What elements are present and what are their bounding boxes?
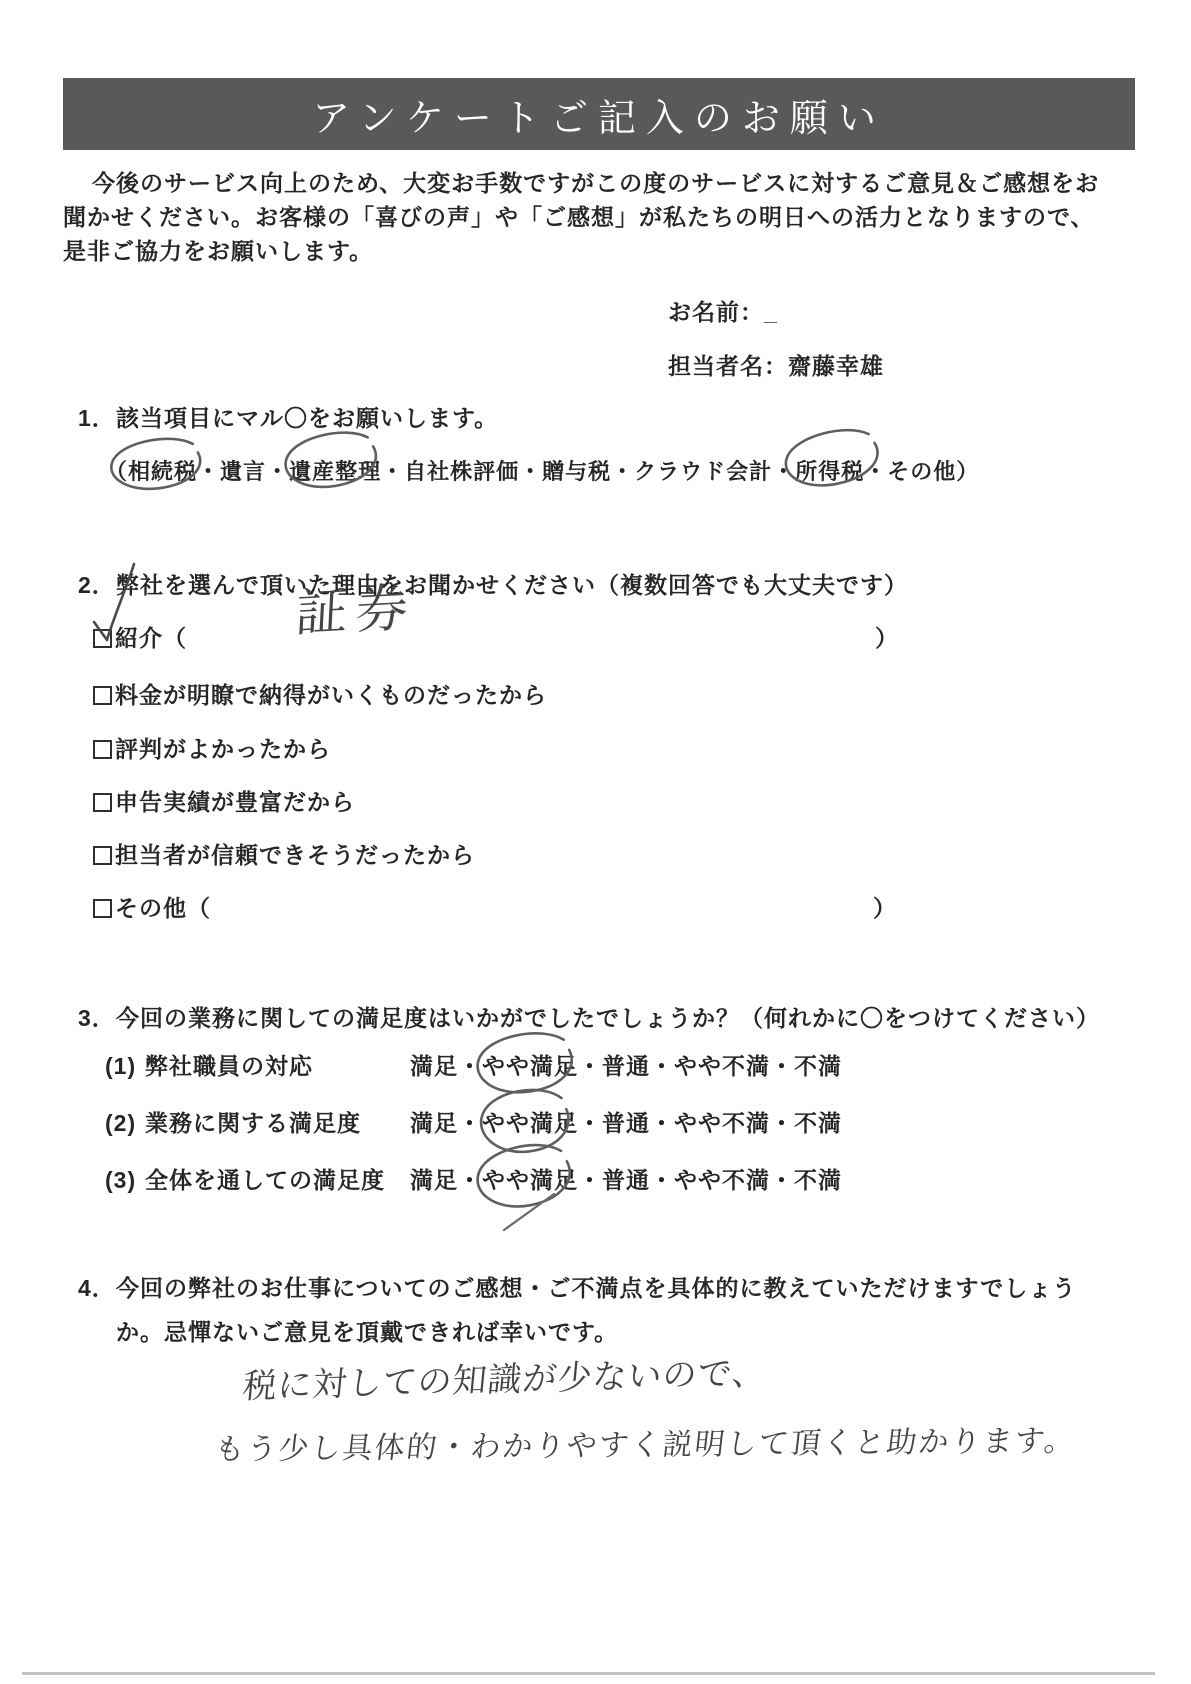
separator-dot: ・ (578, 1053, 602, 1079)
intro-paragraph: 今後のサービス向上のため、大変お手数ですがこの度のサービスに対するご意見＆ご感想… (63, 166, 1141, 268)
name-label: お名前： (668, 299, 764, 325)
checkbox-empty (93, 793, 112, 812)
q1-option-cloud-kaikei: クラウド会計 (634, 459, 772, 484)
separator-dot: ・ (770, 1167, 794, 1193)
checkbox-empty (93, 899, 112, 918)
separator-dot: ・ (381, 459, 404, 484)
q2-item-label: 担当者が信頼できそうだったから (115, 842, 475, 868)
q1-option-jishakabu: 自社株評価 (404, 459, 519, 484)
scale-fuman: 不満 (794, 1167, 842, 1193)
separator-dot: ・ (266, 459, 289, 484)
page-title: アンケートご記入のお願い (312, 87, 886, 142)
q2-heading-text: 弊社を選んで頂いた理由をお聞かせください（複数回答でも大丈夫です） (116, 572, 908, 598)
q2-item-label: 紹介 (115, 625, 163, 651)
separator-dot: ・ (611, 459, 634, 484)
row-number: (1) (105, 1053, 145, 1080)
q2-item-label: その他 (115, 895, 187, 921)
scale-fuman: 不満 (794, 1110, 842, 1136)
q3-row-service-satisfaction: (2)業務に関する満足度満足・やや満足・普通・やや不満・不満 (105, 1105, 842, 1138)
q4-heading-text: 今回の弊社のお仕事についてのご感想・ご不満点を具体的に教えていただけますでしょう (116, 1275, 1076, 1301)
separator-dot: ・ (770, 1053, 794, 1079)
separator-dot: ・ (864, 459, 887, 484)
q2-item-hyouban: 評判がよかったから (93, 731, 331, 764)
row-number: (2) (105, 1110, 145, 1137)
q3-row-staff-response: (1)弊社職員の対応満足・やや満足・普通・やや不満・不満 (105, 1048, 842, 1081)
q2-item-tantousha: 担当者が信頼できそうだったから (93, 837, 475, 870)
q2-item-shoukai: 紹介（） (93, 620, 899, 653)
separator-dot: ・ (578, 1167, 602, 1193)
row-label: 弊社職員の対応 (145, 1048, 410, 1081)
checkbox-empty (93, 686, 112, 705)
scale-manzoku: 満足 (410, 1053, 458, 1079)
scale-futsuu: 普通 (602, 1110, 650, 1136)
q2-item-ryoukin: 料金が明瞭で納得がいくものだったから (93, 677, 547, 710)
separator-dot: ・ (519, 459, 542, 484)
separator-dot: ・ (197, 459, 220, 484)
separator-dot: ・ (772, 459, 795, 484)
separator-dot: ・ (578, 1110, 602, 1136)
paren-close: ） (956, 459, 979, 484)
staff-label: 担当者名： (668, 353, 788, 379)
scale-manzoku: 満足 (410, 1167, 458, 1193)
q3-heading-text: 今回の業務に関しての満足度はいかがでしたでしょうか？（何れかに〇をつけてください… (116, 1005, 1100, 1031)
q4-heading-line2: か。忌憚ないご意見を頂戴できれば幸いです。 (116, 1314, 618, 1347)
q2-item-sonota: その他（） (93, 890, 897, 923)
paren-open: （ (105, 459, 128, 484)
q1-number: 1． (78, 400, 116, 433)
row-label: 全体を通しての満足度 (145, 1162, 410, 1195)
staff-name: 齋藤幸雄 (788, 353, 884, 379)
separator-dot: ・ (458, 1110, 482, 1136)
checkbox-empty (93, 846, 112, 865)
paren-close: ） (875, 625, 899, 651)
q1-option-shotokuzei: 所得税 (795, 459, 864, 484)
title-banner: アンケートご記入のお願い (63, 78, 1135, 150)
q1-options-line: （相続税・遺言・遺産整理・自社株評価・贈与税・クラウド会計・所得税・その他） (105, 455, 979, 486)
separator-dot: ・ (650, 1053, 674, 1079)
q2-item-shinkoku: 申告実績が豊富だから (93, 784, 355, 817)
checkbox-empty (93, 740, 112, 759)
separator-dot: ・ (770, 1110, 794, 1136)
scale-yaya-manzoku: やや満足 (482, 1167, 578, 1193)
q1-option-zouyozei: 贈与税 (542, 459, 611, 484)
q1-option-isanseiri: 遺産整理 (289, 459, 381, 484)
intro-line: 今後のサービス向上のため、大変お手数ですがこの度のサービスに対するご意見＆ご感想… (63, 166, 1141, 200)
separator-dot: ・ (458, 1053, 482, 1079)
q1-heading: 1．該当項目にマル〇をお願いします。 (78, 400, 498, 433)
handwritten-comment-line1: 税に対しての知識が少ないので、 (241, 1345, 770, 1408)
scale-futsuu: 普通 (602, 1053, 650, 1079)
separator-dot: ・ (650, 1167, 674, 1193)
scale-manzoku: 満足 (410, 1110, 458, 1136)
scale-yaya-manzoku: やや満足 (482, 1053, 578, 1079)
survey-document: アンケートご記入のお願い 今後のサービス向上のため、大変お手数ですがこの度のサー… (0, 0, 1191, 1684)
q2-item-label: 申告実績が豊富だから (115, 789, 355, 815)
separator-dot: ・ (458, 1167, 482, 1193)
intro-line: 是非ご協力をお願いします。 (63, 234, 1141, 268)
handwritten-referral-answer: 証券 (294, 565, 418, 647)
intro-line: 聞かせください。お客様の「喜びの声」や「ご感想」が私たちの明日への活力となります… (63, 200, 1141, 234)
scale-yaya-fuman: やや不満 (674, 1167, 770, 1193)
q3-number: 3． (78, 1000, 116, 1033)
scale-yaya-fuman: やや不満 (674, 1053, 770, 1079)
row-label: 業務に関する満足度 (145, 1105, 410, 1138)
name-handwritten-mark: _ (764, 299, 778, 325)
pen-stroke-tail (498, 1192, 560, 1234)
q4-heading-line1: 4．今回の弊社のお仕事についてのご感想・ご不満点を具体的に教えていただけますでし… (78, 1270, 1076, 1303)
row-number: (3) (105, 1167, 145, 1194)
scale-fuman: 不満 (794, 1053, 842, 1079)
paren-close: ） (873, 895, 897, 921)
q4-heading-text: か。忌憚ないご意見を頂戴できれば幸いです。 (116, 1319, 618, 1345)
q4-number: 4． (78, 1270, 116, 1303)
q1-option-sonota: その他 (887, 459, 956, 484)
paren-open: （ (187, 895, 211, 921)
q2-number: 2． (78, 567, 116, 600)
q1-heading-text: 該当項目にマル〇をお願いします。 (116, 405, 498, 431)
bottom-divider (22, 1672, 1155, 1675)
name-field: お名前：_ (668, 294, 778, 327)
scale-yaya-manzoku: やや満足 (482, 1110, 578, 1136)
staff-field: 担当者名：齋藤幸雄 (668, 348, 884, 381)
separator-dot: ・ (650, 1110, 674, 1136)
q2-item-label: 料金が明瞭で納得がいくものだったから (115, 682, 547, 708)
q1-option-souzokuzei: 相続税 (128, 459, 197, 484)
checkbox-checked (93, 629, 112, 648)
scale-futsuu: 普通 (602, 1167, 650, 1193)
handwritten-comment-line2: もう少し具体的・わかりやすく説明して頂くと助かります。 (213, 1415, 1080, 1468)
q3-row-overall-satisfaction: (3)全体を通しての満足度満足・やや満足・普通・やや不満・不満 (105, 1162, 842, 1195)
q2-item-label: 評判がよかったから (115, 736, 331, 762)
scale-yaya-fuman: やや不満 (674, 1110, 770, 1136)
q3-heading: 3．今回の業務に関しての満足度はいかがでしたでしょうか？（何れかに〇をつけてくだ… (78, 1000, 1100, 1033)
paren-open: （ (163, 625, 187, 651)
q1-option-yuigon: 遺言 (220, 459, 266, 484)
q2-heading: 2．弊社を選んで頂いた理由をお聞かせください（複数回答でも大丈夫です） (78, 567, 908, 600)
